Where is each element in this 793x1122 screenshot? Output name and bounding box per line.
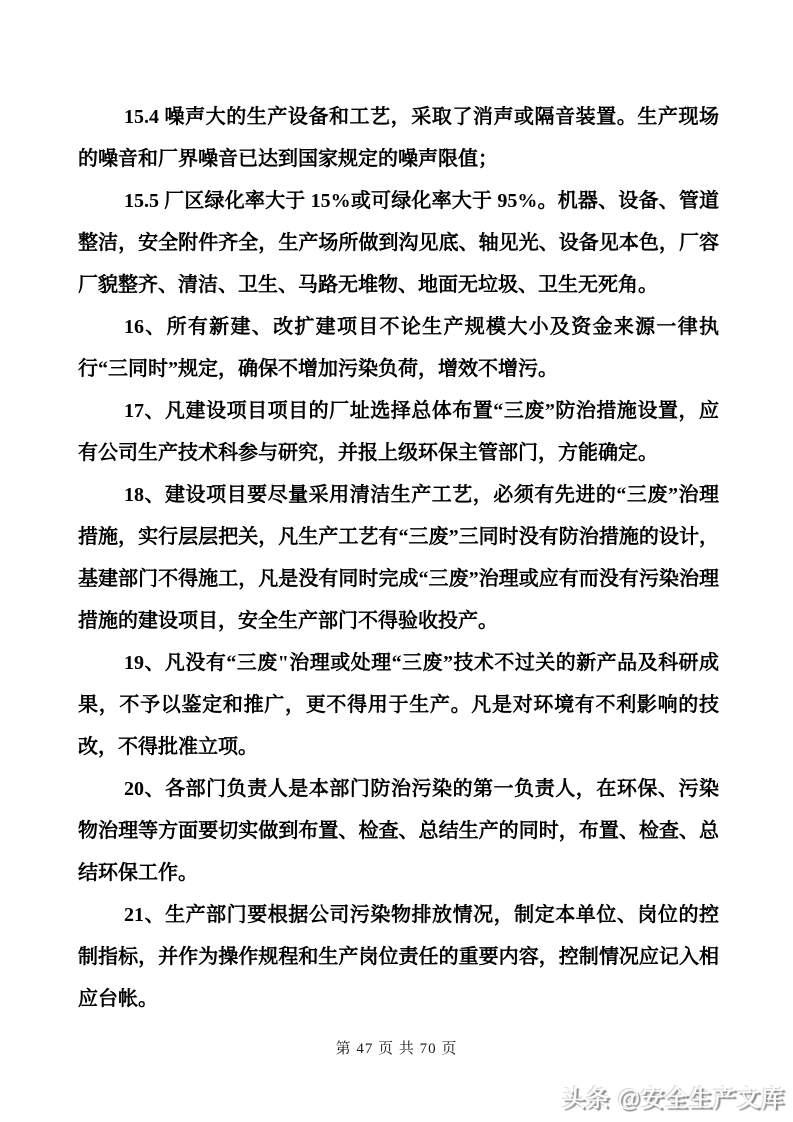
paragraph-17: 17、凡建设项目项目的厂址选择总体布置“三废”防治措施设置，应有公司生产技术科参… [78,390,719,474]
paragraph-18: 18、建设项目要尽量采用清洁生产工艺，必须有先进的“三废”治理措施，实行层层把关… [78,474,719,642]
paragraph-15-4: 15.4 噪声大的生产设备和工艺，采取了消声或隔音装置。生产现场的噪音和厂界噪音… [78,96,719,180]
paragraph-19: 19、凡没有“三废"治理或处理“三废”技术不过关的新产品及科研成果，不予以鉴定和… [78,642,719,768]
paragraph-21: 21、生产部门要根据公司污染物排放情况，制定本单位、岗位的控制指标，并作为操作规… [78,894,719,1020]
paragraph-16: 16、所有新建、改扩建项目不论生产规模大小及资金来源一律执行“三同时”规定，确保… [78,306,719,390]
page-number-footer: 第 47 页 共 70 页 [0,1037,793,1058]
paragraph-20: 20、各部门负责人是本部门防治污染的第一负责人，在环保、污染物治理等方面要切实做… [78,768,719,894]
paragraph-15-5: 15.5 厂区绿化率大于 15%或可绿化率大于 95%。机器、设备、管道整洁，安… [78,180,719,306]
document-body: 15.4 噪声大的生产设备和工艺，采取了消声或隔音装置。生产现场的噪音和厂界噪音… [78,96,719,1020]
watermark: 头条 @安全生产文库 [562,1080,785,1113]
document-page: 15.4 噪声大的生产设备和工艺，采取了消声或隔音装置。生产现场的噪音和厂界噪音… [0,0,793,1122]
